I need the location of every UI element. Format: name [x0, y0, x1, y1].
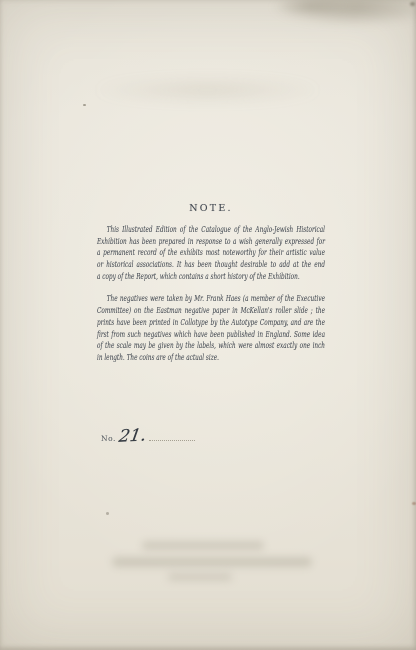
- show-through-smudge-top-right-2: [276, 0, 346, 16]
- text-line: of the scale may be given by the labels,…: [97, 340, 325, 352]
- text-line: a copy of the Report, which contains a s…: [97, 271, 325, 283]
- paper-speck: [106, 512, 109, 515]
- paragraph-1: This Illustrated Edition of the Catalogu…: [97, 224, 325, 282]
- paper-smudge-band: [95, 78, 320, 102]
- paper-speck: [410, 2, 415, 6]
- text-line: This Illustrated Edition of the Catalogu…: [97, 224, 325, 236]
- text-line: first from such negatives which have bee…: [97, 329, 325, 341]
- book-page: NOTE. This Illustrated Edition of the Ca…: [0, 0, 416, 650]
- paragraph-2: The negatives were taken by Mr. Frank Ha…: [97, 293, 325, 363]
- paper-speck: [83, 104, 86, 106]
- text-line: Exhibition has been prepared in response…: [97, 236, 325, 248]
- show-through-line-3: [168, 573, 232, 581]
- note-heading: NOTE.: [97, 203, 325, 214]
- text-line: prints have been printed in Collotype by…: [97, 317, 325, 329]
- number-line: No. 21.: [101, 426, 195, 446]
- text-line: in length. The coins are of the actual s…: [97, 352, 325, 364]
- text-line: a permanent record of the exhibits most …: [97, 247, 325, 259]
- show-through-line-1: [142, 541, 264, 550]
- show-through-line-2: [112, 557, 312, 567]
- no-label: No.: [101, 434, 116, 443]
- text-line: or historical associations. It has been …: [97, 259, 325, 271]
- show-through-smudge-top-right: [272, 0, 416, 26]
- text-line: The negatives were taken by Mr. Frank Ha…: [97, 293, 325, 305]
- note-section: NOTE. This Illustrated Edition of the Ca…: [97, 203, 325, 364]
- dotted-rule: [149, 439, 195, 441]
- paper-speck: [412, 502, 416, 505]
- handwritten-number: 21.: [117, 425, 148, 446]
- text-line: Committee) on the Eastman negative paper…: [97, 305, 325, 317]
